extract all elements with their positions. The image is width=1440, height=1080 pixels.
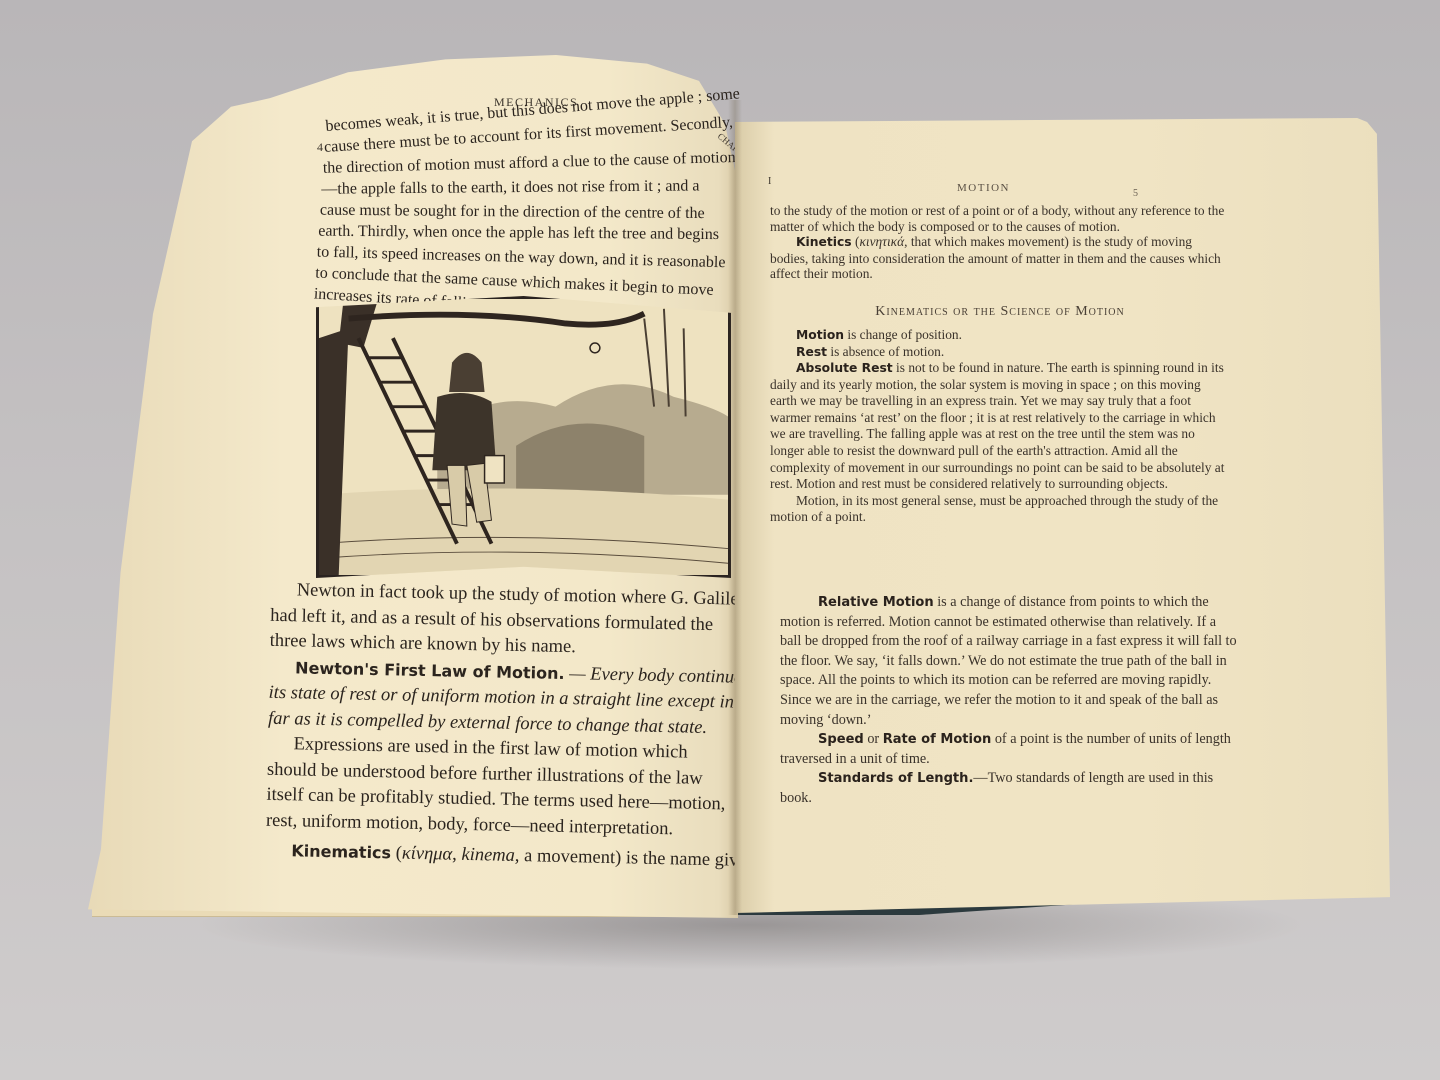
kinetics-paragraph: Kinetics (κινητικά, that which makes mov… xyxy=(770,234,1230,282)
definition-term: Rate of Motion xyxy=(883,732,992,747)
newton-illustration xyxy=(316,296,731,578)
definition-term: Relative Motion xyxy=(818,595,934,610)
relative-motion-paragraph: Relative Motion is a change of distance … xyxy=(780,593,1240,730)
definition-term: Motion xyxy=(796,328,844,342)
definition-term: Rest xyxy=(796,345,827,359)
text-fragment: , a movement) is the name given xyxy=(515,846,756,871)
right-running-head: MOTION xyxy=(957,182,1010,194)
definition-rest: Rest is absence of motion. xyxy=(770,344,1230,361)
definition-text: is absence of motion. xyxy=(827,344,944,359)
text-line: earth. Thirdly, when once the apple has … xyxy=(318,221,734,246)
definition-text: is change of position. xyxy=(844,327,962,342)
right-lower-text: Relative Motion is a change of distance … xyxy=(780,593,1240,809)
right-upper-text: to the study of the motion or rest of a … xyxy=(770,203,1230,526)
definition-absolute-rest: Absolute Rest is not to be found in natu… xyxy=(770,360,1230,493)
left-bottom-text: Newton in fact took up the study of moti… xyxy=(265,578,770,875)
right-page-number: 5 xyxy=(1133,188,1138,199)
definition-term: Absolute Rest xyxy=(796,361,893,375)
standards-paragraph: Standards of Length.—Two standards of le… xyxy=(780,769,1240,808)
definition-motion: Motion is change of position. xyxy=(770,327,1230,344)
left-page-number: 4 xyxy=(317,140,323,155)
speed-paragraph: Speed or Rate of Motion of a point is th… xyxy=(780,730,1240,769)
greek-word: κινητικά xyxy=(859,234,904,249)
transliteration: kinema xyxy=(461,845,515,866)
paragraph: Motion, in its most general sense, must … xyxy=(770,493,1230,526)
first-law-heading: Newton's First Law of Motion. xyxy=(295,658,565,683)
definition-term: Speed xyxy=(818,732,864,747)
paragraph: to the study of the motion or rest of a … xyxy=(770,203,1230,234)
definition-text: is not to be found in nature. The earth … xyxy=(770,360,1224,491)
chapter-numeral: I xyxy=(768,176,771,187)
kinetics-term: Kinetics xyxy=(796,235,852,249)
kinematics-term: Kinematics xyxy=(291,841,391,862)
definition-term: Standards of Length. xyxy=(818,771,973,786)
section-title: Kinematics or the Science of Motion xyxy=(770,304,1230,320)
greek-word: κίνημα xyxy=(402,844,453,865)
definition-text: is a change of distance from points to w… xyxy=(780,594,1237,728)
text-fragment: or xyxy=(864,731,883,747)
photo-scene: MECHANICS 4 CHAP. becomes weak, it is tr… xyxy=(0,0,1440,1080)
engraving-icon xyxy=(319,299,728,575)
em-dash: — xyxy=(564,663,590,684)
book-gutter xyxy=(728,100,742,915)
text-line: —the apple falls to the earth, it does n… xyxy=(321,175,737,200)
